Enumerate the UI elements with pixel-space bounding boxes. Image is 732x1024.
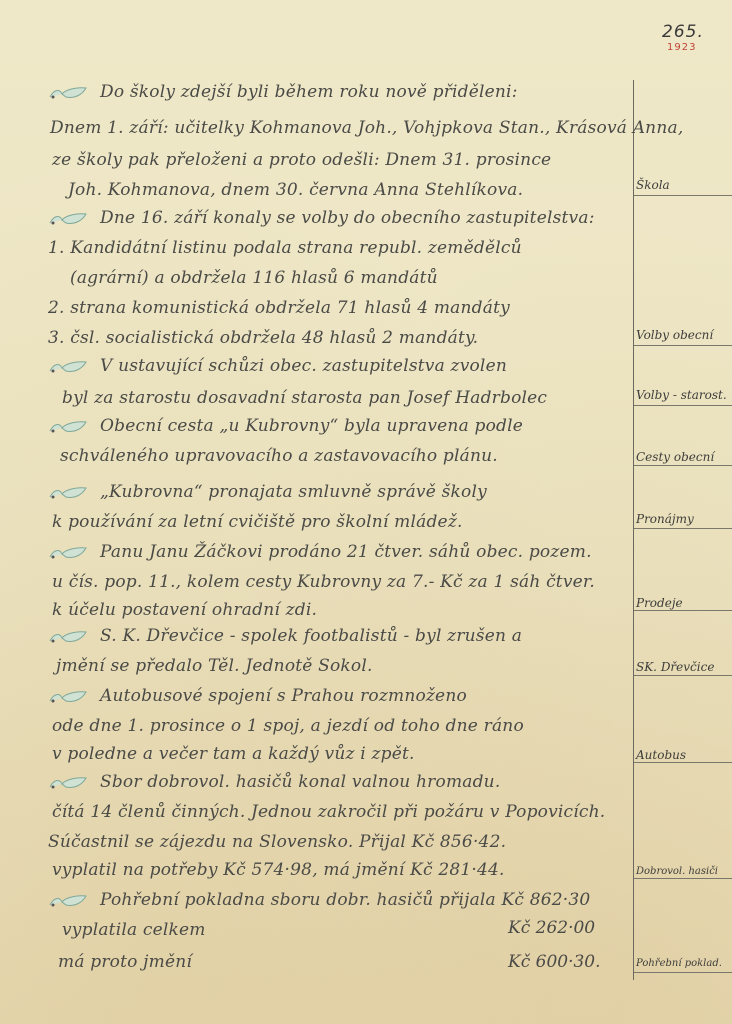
margin-label-volby-starost: Volby - starost. bbox=[636, 388, 727, 402]
leaf-ornament-icon bbox=[48, 419, 90, 435]
entry-line: Obecní cesta „u Kubrovny“ byla upravena … bbox=[48, 416, 523, 436]
entry-line: Panu Janu Žáčkovi prodáno 21 čtver. sáhů… bbox=[48, 542, 592, 562]
margin-underline bbox=[634, 762, 732, 763]
leaf-ornament-icon bbox=[48, 85, 90, 101]
margin-underline bbox=[634, 610, 732, 611]
entry-line: „Kubrovna“ pronajata smluvně správě škol… bbox=[48, 482, 487, 502]
margin-underline bbox=[634, 465, 732, 466]
entry-line: v poledne a večer tam a každý vůz i zpět… bbox=[52, 744, 415, 764]
leaf-ornament-icon bbox=[48, 359, 90, 375]
entry-line: Súčastnil se zájezdu na Slovensko. Přija… bbox=[48, 832, 506, 852]
amount-paid: Kč 262·00 bbox=[508, 918, 595, 938]
margin-label-skola: Škola bbox=[636, 178, 670, 192]
margin-underline bbox=[634, 405, 732, 406]
entry-line: 2. strana komunistická obdržela 71 hlasů… bbox=[48, 298, 510, 318]
entry-line: ze školy pak přeloženi a proto odešli: D… bbox=[52, 150, 551, 170]
margin-label-volby-obecni: Volby obecní bbox=[636, 328, 713, 342]
leaf-ornament-icon bbox=[48, 689, 90, 705]
entry-line: Autobusové spojení s Prahou rozmnoženo bbox=[48, 686, 467, 706]
entry-line: čítá 14 členů činných. Jednou zakročil p… bbox=[52, 802, 605, 822]
entry-line: ode dne 1. prosince o 1 spoj, a jezdí od… bbox=[52, 716, 524, 736]
margin-label-cesty-obecni: Cesty obecní bbox=[636, 450, 714, 464]
entry-line: má proto jmění bbox=[58, 952, 192, 972]
entry-line: Pohřební pokladna sboru dobr. hasičů při… bbox=[48, 890, 590, 910]
margin-label-sk-drevcice: SK. Dřevčice bbox=[636, 660, 714, 674]
leaf-ornament-icon bbox=[48, 545, 90, 561]
leaf-ornament-icon bbox=[48, 629, 90, 645]
leaf-ornament-icon bbox=[48, 211, 90, 227]
margin-label-dobrovol-hasici: Dobrovol. hasiči bbox=[636, 866, 718, 877]
margin-underline bbox=[634, 195, 732, 196]
entry-line: Do školy zdejší byli během roku nově při… bbox=[48, 82, 518, 102]
entry-line: Dne 16. září konaly se volby do obecního… bbox=[48, 208, 595, 228]
entry-line: schváleného upravovacího a zastavovacího… bbox=[60, 446, 498, 466]
entry-line: vyplatil na potřeby Kč 574·98, má jmění … bbox=[52, 860, 505, 880]
margin-underline bbox=[634, 528, 732, 529]
entry-line: Joh. Kohmanova, dnem 30. června Anna Ste… bbox=[68, 180, 523, 200]
entry-line: V ustavující schůzi obec. zastupitelstva… bbox=[48, 356, 507, 376]
margin-underline bbox=[634, 972, 732, 973]
entry-line: k používání za letní cvičiště pro školní… bbox=[52, 512, 463, 532]
entry-line: u čís. pop. 11., kolem cesty Kubrovny za… bbox=[52, 572, 595, 592]
amount-balance: Kč 600·30. bbox=[508, 952, 601, 972]
entry-line: (agrární) a obdržela 116 hlasů 6 mandátů bbox=[70, 268, 438, 288]
margin-underline bbox=[634, 878, 732, 879]
entry-line: S. K. Dřevčice - spolek footbalistů - by… bbox=[48, 626, 522, 646]
entry-line: byl za starostu dosavadní starosta pan J… bbox=[62, 388, 547, 408]
margin-label-autobus: Autobus bbox=[636, 748, 686, 762]
margin-rule bbox=[633, 80, 634, 980]
margin-label-prodeje: Prodeje bbox=[636, 596, 683, 610]
margin-underline bbox=[634, 675, 732, 676]
margin-label-pronajmy: Pronájmy bbox=[636, 512, 694, 526]
entry-line: jmění se předalo Těl. Jednotě Sokol. bbox=[56, 656, 373, 676]
entry-line: 1. Kandidátní listinu podala strana repu… bbox=[48, 238, 522, 258]
page-number: 265. bbox=[662, 22, 704, 42]
page-year: 1923 bbox=[667, 42, 696, 53]
entry-line: Sbor dobrovol. hasičů konal valnou hroma… bbox=[48, 772, 500, 792]
entry-line: k účelu postavení ohradní zdi. bbox=[52, 600, 317, 620]
entry-line: Dnem 1. září: učitelky Kohmanova Joh., V… bbox=[50, 118, 683, 138]
entry-line: 3. čsl. socialistická obdržela 48 hlasů … bbox=[48, 328, 478, 348]
leaf-ornament-icon bbox=[48, 775, 90, 791]
leaf-ornament-icon bbox=[48, 893, 90, 909]
ledger-page: 265. 1923 Do školy zdejší byli během rok… bbox=[0, 0, 732, 1024]
margin-label-pohrebni-poklad: Pohřební poklad. bbox=[636, 958, 722, 969]
entry-line: vyplatila celkem bbox=[62, 920, 206, 940]
margin-underline bbox=[634, 345, 732, 346]
leaf-ornament-icon bbox=[48, 485, 90, 501]
